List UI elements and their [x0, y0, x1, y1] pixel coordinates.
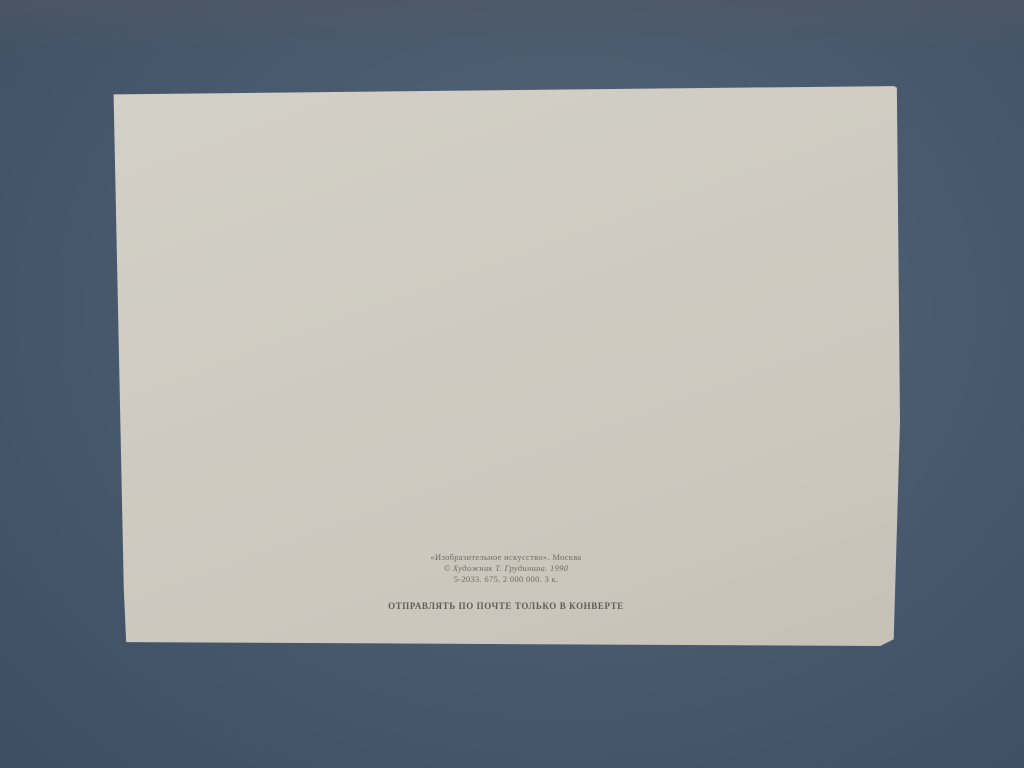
background-shadow	[0, 0, 1024, 60]
catalog-line: 5-2033. 675. 2 000 000. 3 к.	[112, 574, 900, 585]
publisher-line: «Изобразительное искусство». Москва	[112, 552, 900, 563]
mailing-notice: ОТПРАВЛЯТЬ ПО ПОЧТЕ ТОЛЬКО В КОНВЕРТЕ	[112, 601, 900, 611]
postcard-back: «Изобразительное искусство». Москва © Ху…	[112, 86, 900, 646]
copyright-line: © Художник Т. Грудинина. 1990	[112, 563, 900, 574]
publisher-imprint: «Изобразительное искусство». Москва © Ху…	[112, 552, 900, 585]
